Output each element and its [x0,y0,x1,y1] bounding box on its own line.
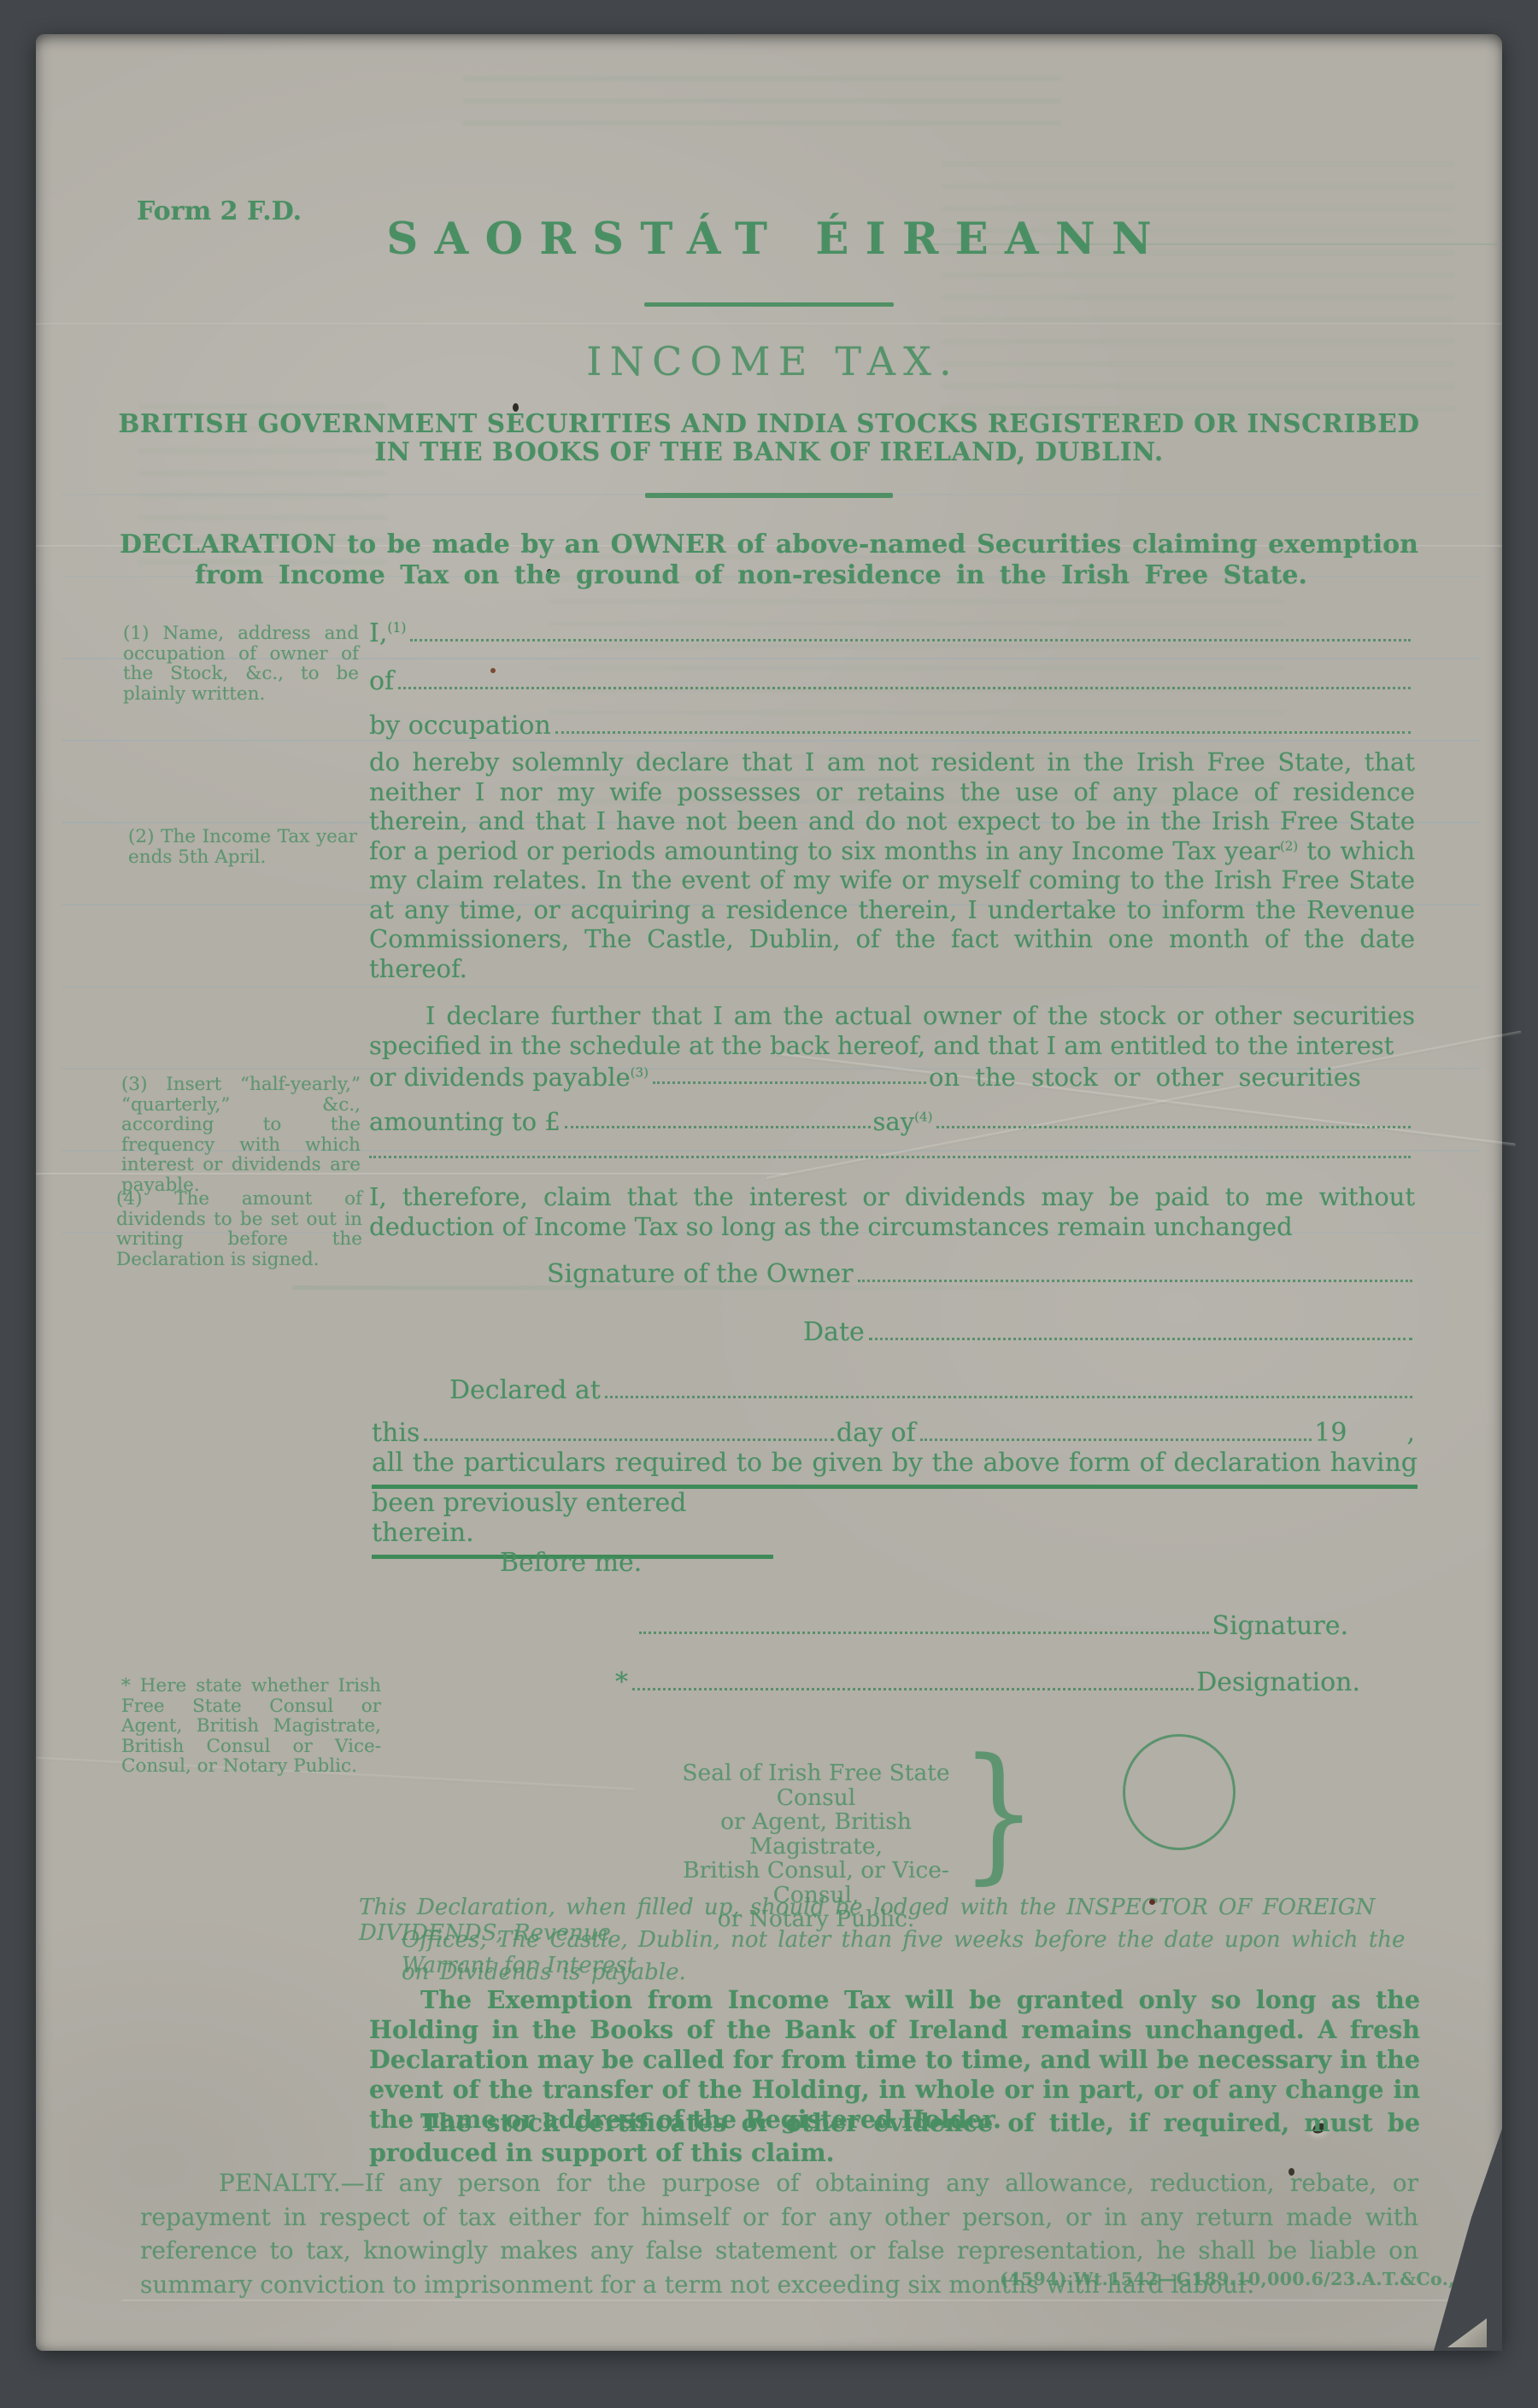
corner-curl [1434,2129,1502,2351]
field-address: of [369,668,1413,695]
declaration-heading-line2: from Income Tax on the ground of non-res… [195,560,1307,590]
amount-dotted-line [565,1125,871,1128]
field-witness-signature: Signature. [639,1613,1348,1640]
field-name: I,(1) [369,620,1413,647]
ruled-line [62,986,1480,987]
field-owner-signature: Signature of the Owner [547,1261,1415,1288]
field-declaration-date: this day of 19 , [372,1420,1415,1447]
scanned-document-stage: Form 2 F.D. SAORSTÁT ÉIREANN INCOME TAX.… [0,0,1538,2408]
field-occupation: by occupation [369,712,1413,740]
year-prefix: 19 [1314,1420,1347,1447]
paper-sheet: Form 2 F.D. SAORSTÁT ÉIREANN INCOME TAX.… [36,34,1502,2351]
witness-signature-dotted-line [639,1631,1209,1634]
this-label: this [372,1420,420,1447]
underlined-statement-line1: all the particulars required to be given… [372,1448,1418,1489]
field-amounting: amounting to £ say(4) [369,1109,1413,1134]
day-dotted-line [424,1438,834,1441]
field-designation: * Designation. [615,1669,1360,1696]
month-dotted-line [920,1438,1312,1441]
say-dotted-line [936,1125,1411,1128]
occupation-label: by occupation [369,712,551,740]
designation-label: Designation. [1196,1669,1360,1696]
securities-heading-line2: IN THE BOOKS OF THE BANK OF IRELAND, DUB… [36,436,1502,466]
country-title: SAORSTÁT ÉIREANN [36,214,1502,265]
declaration-heading-line1: DECLARATION to be made by an OWNER of ab… [120,530,1418,560]
day-of-label: day of [837,1420,916,1447]
date-dotted-line [869,1337,1412,1340]
before-me-label: Before me. [500,1548,642,1578]
seal-brace: } [960,1739,1037,1886]
footnote-ref-4: (4) [914,1109,932,1124]
occupation-dotted-line [555,730,1411,734]
field-dividends-payable: or dividends payable(3) on the stock or … [369,1064,1413,1090]
declared-at-label: Declared at [449,1377,601,1404]
designation-asterisk: * [615,1669,628,1696]
printer-imprint: (4594).Wt.1542—G189.10,000.6/23.A.T.&Co.… [1000,2269,1495,2289]
dividends-tail: on the stock or other securities [929,1064,1361,1090]
tax-title: INCOME TAX. [36,338,1502,384]
dividends-label: or dividends payable(3) [369,1064,649,1090]
margin-note-2: (2) The Income Tax year ends 5th April. [128,827,357,867]
say-label: say(4) [873,1109,933,1134]
certificates-paragraph: The stock certificates or other evidence… [369,2108,1420,2168]
securities-heading-line1: BRITISH GOVERNMENT SECURITIES AND INDIA … [36,408,1502,438]
witness-signature-label: Signature. [1212,1613,1348,1640]
claim-paragraph: I, therefore, claim that the interest or… [369,1182,1415,1241]
margin-note-3: (3) Insert “half-yearly,” “quarterly,” &… [121,1075,361,1195]
footnote-ref-1: (1) [387,620,406,636]
name-dotted-line [410,638,1411,642]
divider-rule [644,302,894,307]
margin-note-1: (1) Name, address and occupation of owne… [123,624,359,704]
owner-signature-dotted-line [858,1279,1412,1282]
address-label: of [369,668,394,695]
divider-rule [645,493,893,498]
footnote-ref-2: (2) [1280,838,1298,853]
field-continuation [369,1155,1413,1164]
name-label: I,(1) [369,620,406,647]
seal-caption-line1: Seal of Irish Free State Consul [672,1761,960,1810]
lodgement-note-line3: on Dividends is payable. [402,1960,686,1985]
declaration-paragraph-1: do hereby solemnly declare that I am not… [369,747,1415,983]
amounting-label: amounting to £ [369,1109,561,1134]
date-label: Date [803,1319,865,1346]
bleedthrough-smudge [463,75,1061,125]
comma: , [1406,1420,1415,1447]
continuation-dotted-line [369,1155,1411,1158]
seal-circle [1123,1734,1236,1850]
declaration-paragraph-2: I declare further that I am the actual o… [369,1001,1415,1060]
crease [36,323,1502,326]
margin-note-asterisk: * Here state whether Irish Free State Co… [121,1676,381,1777]
footnote-ref-3: (3) [631,1064,649,1080]
margin-note-4: (4) The amount of dividends to be set ou… [116,1189,362,1269]
owner-signature-label: Signature of the Owner [547,1261,854,1288]
address-dotted-line [398,686,1411,689]
declared-at-dotted-line [605,1395,1412,1398]
dividends-dotted-line [653,1081,926,1084]
seal-caption-line2: or Agent, British Magistrate, [672,1810,960,1859]
field-declared-at: Declared at [449,1377,1415,1404]
field-date: Date [803,1319,1415,1346]
designation-dotted-line [632,1687,1194,1690]
